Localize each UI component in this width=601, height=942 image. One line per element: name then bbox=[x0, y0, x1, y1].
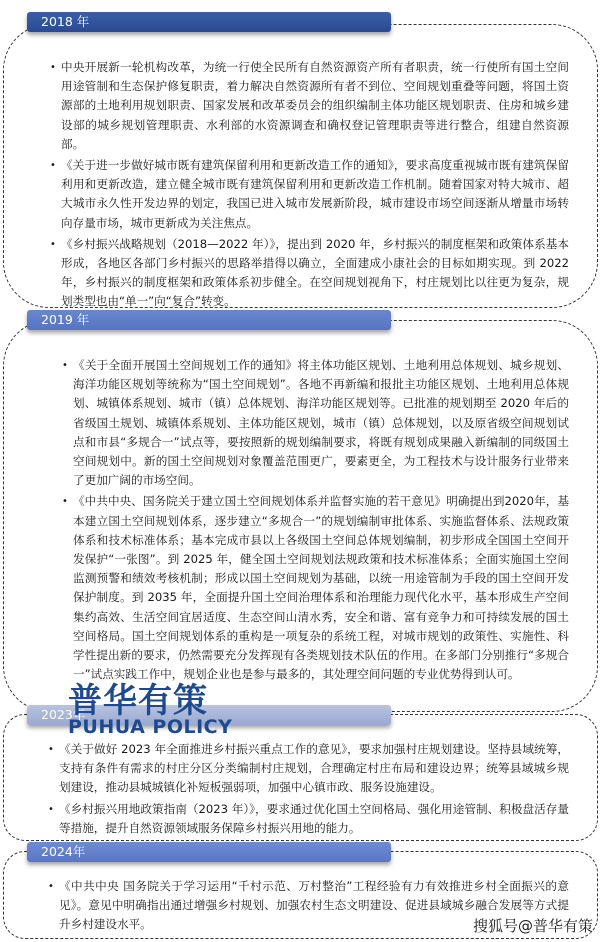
section-2018-header: 2018 年 bbox=[27, 12, 391, 32]
section-2023-list: 《关于做好 2023 年全面推进乡村振兴重点工作的意见》，要求加强村庄规划建设。… bbox=[50, 740, 569, 840]
logo-en: PUHUA POLICY bbox=[68, 717, 232, 737]
section-2019-list: 《关于全面开展国土空间规划工作的通知》将主体功能区规划、土地利用总体规划、城乡规… bbox=[64, 356, 569, 686]
list-item: 《关于做好 2023 年全面推进乡村振兴重点工作的意见》，要求加强村庄规划建设。… bbox=[50, 740, 569, 798]
section-2024-header: 2024年 bbox=[27, 842, 391, 862]
list-item: 《乡村振兴用地政策指南（2023 年）》，要求通过优化国土空间格局、强化用途管制… bbox=[50, 800, 569, 838]
list-item: 《乡村振兴战略规划（2018—2022 年）》，提出到 2020 年，乡村振兴的… bbox=[52, 235, 569, 312]
list-item: 中央开展新一轮机构改革，为统一行使全民所有自然资源资产所有者职责，统一行使所有国… bbox=[52, 58, 569, 154]
list-item: 《关于全面开展国土空间规划工作的通知》将主体功能区规划、土地利用总体规划、城乡规… bbox=[64, 356, 569, 490]
section-year: 2018 年 bbox=[41, 14, 89, 29]
section-year: 2019 年 bbox=[41, 312, 89, 327]
section-2018-list: 中央开展新一轮机构改革，为统一行使全民所有自然资源资产所有者职责，统一行使所有国… bbox=[52, 58, 569, 314]
section-2019-header: 2019 年 bbox=[27, 310, 391, 330]
logo-cn: 普华有策 bbox=[68, 683, 232, 719]
puhua-logo: 普华有策 PUHUA POLICY bbox=[68, 683, 232, 737]
list-item: 《中共中央、国务院关于建立国土空间规划体系并监督实施的若干意见》明确提出到202… bbox=[64, 492, 569, 684]
list-item: 《关于进一步做好城市既有建筑保留利用和更新改造工作的通知》，要求高度重视城市既有… bbox=[52, 156, 569, 233]
section-year: 2024年 bbox=[41, 844, 85, 859]
watermark: 搜狐号@普华有策 bbox=[473, 915, 593, 936]
